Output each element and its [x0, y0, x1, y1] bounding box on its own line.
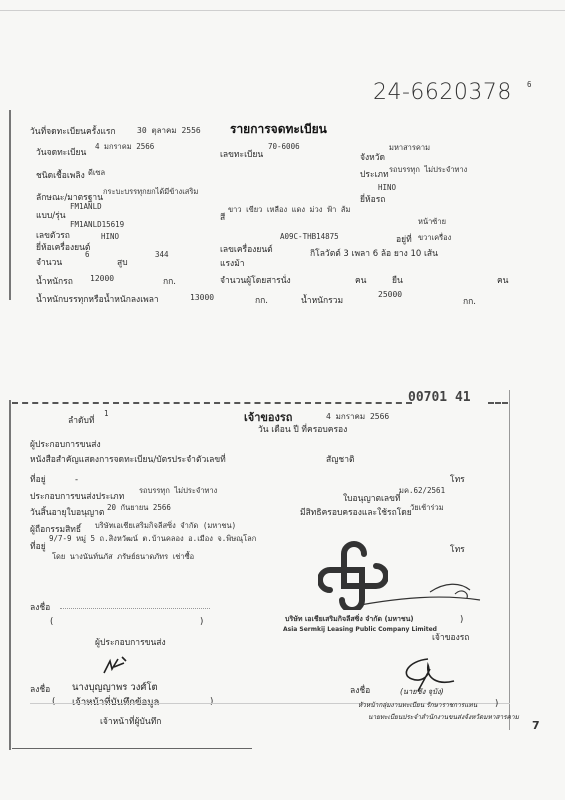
brand-label: ยี่ห้อรถ: [360, 192, 385, 206]
license-expiry: 20 กันยายน 2566: [107, 502, 171, 514]
serial-stamp: 00701 41: [408, 390, 471, 405]
seats-label: จำนวนผู้โดยสารนั่ง: [220, 273, 291, 287]
load-label: น้ำหนักบรรทุกหรือน้ำหนักลงเพลา: [36, 292, 159, 306]
registrar-close-paren: ): [495, 699, 498, 709]
document-number-label: หนังสือสำคัญแสดงการจดทะเบียน/บัตรประจำตั…: [30, 452, 226, 466]
owner-close-paren: ): [460, 615, 463, 625]
first-registration-label: วันที่จดทะเบียนครั้งแรก: [30, 124, 116, 138]
engine-number-label: เลขเครื่องยนต์: [220, 242, 273, 256]
holder-phone-label: โทร: [450, 542, 465, 556]
engine-number: A09C-THB14875: [280, 232, 339, 241]
registrar-name: (นายชัง จุบัง): [400, 686, 444, 698]
registration-date-label: วันจดทะเบียน: [36, 145, 86, 159]
cylinder-label: สูบ: [117, 255, 128, 269]
page-mark-top: 6: [527, 80, 532, 89]
nationality-label: สัญชาติ: [326, 452, 355, 466]
title-holder: บริษัทเอเชียเสริมกิจลีสซิ่ง จำกัด (มหาชน…: [95, 520, 236, 532]
owner-signature: [360, 580, 510, 610]
body-standard: กระบะบรรทุกยกได้มีข้างเสริม: [103, 186, 198, 198]
weight-unit: กก.: [163, 274, 176, 288]
document-bottom-border: [12, 748, 252, 749]
company-name-thai: บริษัท เอเชียเสริมกิจลีสซิ่ง จำกัด (มหาช…: [285, 614, 414, 625]
registrar-caption: นายทะเบียนประจำสำนักงานขนส่งจังหวัดมหาสา…: [368, 712, 519, 722]
order-number: 1: [104, 409, 109, 418]
color-label: สี: [220, 210, 225, 224]
gross-weight-label: น้ำหนักรวม: [301, 293, 343, 307]
owner-section-top-border: [12, 402, 412, 404]
kw-axle-text: กิโลวัตต์ 3 เพลา 6 ล้อ ยาง 10 เส้น: [310, 246, 438, 260]
recorder-caption: เจ้าหน้าที่ผู้บันทึก: [100, 714, 161, 728]
color: ขาว เขียว เหลือง แดง ม่วง ฟ้า ส้ม: [228, 204, 350, 216]
type-label: ประเภท: [360, 167, 389, 181]
province-label: จังหวัด: [360, 150, 385, 164]
transport-type: รถบรรทุก ไม่ประจำทาง: [139, 485, 217, 497]
recorder-sign-label: ลงชื่อ: [30, 682, 50, 696]
operator-sign-label: ลงชื่อ: [30, 600, 50, 614]
possessor: วัยเช้าร่วม: [410, 502, 444, 514]
license-number-label: ใบอนุญาตเลขที่: [343, 491, 401, 505]
fuel: ดีเซล: [88, 167, 105, 179]
handwritten-reference-number: 24-6620378: [373, 80, 512, 105]
engine-brand: HINO: [101, 232, 119, 241]
owner-section-top-border-right: [488, 402, 508, 404]
owner-caption: เจ้าของรถ: [432, 630, 469, 644]
registration-date: 4 มกราคม 2566: [95, 141, 154, 153]
recorder-signature: [100, 655, 130, 677]
gross-unit: กก.: [463, 294, 476, 308]
recorder-open-paren: (: [52, 697, 55, 707]
vehicle-weight: 12000: [90, 274, 114, 283]
province: มหาสารคาม: [389, 142, 430, 154]
address-label: ที่อยู่: [30, 472, 46, 486]
brand: HINO: [378, 183, 396, 192]
registrar-sign-label: ลงชื่อ: [350, 683, 370, 697]
cc-value: 344: [155, 250, 169, 259]
operator-label: ผู้ประกอบการขนส่ง: [30, 437, 101, 451]
chassis-location-label: อยู่ที่: [396, 232, 412, 246]
hp-label: แรงม้า: [220, 256, 245, 270]
seats-unit: คน: [355, 273, 367, 287]
license-expiry-label: วันสิ้นอายุใบอนุญาต: [30, 505, 104, 519]
model: FM1ANLD: [70, 202, 102, 211]
engine-brand-label: ยี่ห้อเครื่องยนต์: [36, 240, 90, 254]
gross-weight: 25000: [378, 290, 402, 299]
recorder-close-paren: ): [210, 697, 213, 707]
page-number: 7: [532, 719, 540, 732]
license-number: มค.62/2561: [399, 485, 445, 497]
operator-name-close-paren: ): [200, 617, 203, 627]
cylinder-count: 6: [85, 250, 90, 259]
load-weight: 13000: [190, 293, 214, 302]
operator-caption: ผู้ประกอบการขนส่ง: [95, 635, 166, 649]
model-label: แบบ/รุ่น: [36, 208, 66, 222]
stand-label: ยืน: [392, 273, 403, 287]
count-label: จำนวน: [36, 255, 62, 269]
transport-type-label: ประกอบการขนส่งประเภท: [30, 489, 124, 503]
document-left-border-bottom: [9, 400, 11, 750]
plate-number: 70-6006: [268, 142, 300, 151]
possessor-label: มีสิทธิครอบครองและใช้รถโดย: [300, 505, 412, 519]
possession-date-label: วัน เดือน ปี ที่ครอบครอง: [258, 422, 347, 436]
document-left-border-top: [9, 110, 11, 300]
holder-address-label: ที่อยู่: [30, 539, 46, 553]
phone-label: โทร: [450, 472, 465, 486]
chassis-location: หน้าซ้าย: [418, 216, 446, 228]
document-title: รายการจดทะเบียน: [230, 120, 327, 139]
document-right-border: [509, 390, 510, 730]
weight-label: น้ำหนักรถ: [36, 274, 73, 288]
holder-address: 9/7-9 หมู่ 5 ถ.สิงหวัฒน์ ต.บ้านคลอง อ.เม…: [49, 533, 256, 545]
registrar-position: หัวหน้ากลุ่มงานทะเบียน รักษาราชการแทน: [358, 700, 477, 710]
order-label: ลำดับที่: [68, 413, 95, 427]
operator-sign-line: [60, 608, 210, 610]
chassis-number: FM1ANLD15619: [70, 220, 124, 229]
scan-top-edge: [0, 10, 565, 11]
recorder-name: นางบุญญาพร วงศ์โต: [72, 680, 158, 695]
plate-label: เลขทะเบียน: [220, 147, 263, 161]
company-name-english: Asia Sermkij Leasing Public Company Limi…: [283, 626, 437, 633]
vehicle-type: รถบรรทุก ไม่ประจำทาง: [389, 164, 467, 176]
address-value: -: [75, 475, 78, 485]
first-registration-date: 30 ตุลาคม 2556: [137, 124, 201, 137]
load-unit: กก.: [255, 293, 268, 307]
lessee: โดย นางนันท์นภัส ภรัษย์ธนาดภัทร เช่าซื้อ: [52, 551, 194, 563]
fuel-label: ชนิดเชื้อเพลิง: [36, 168, 85, 182]
engine-location: ขวาเครื่อง: [418, 232, 451, 244]
operator-name-open-paren: (: [50, 617, 53, 627]
stand-unit: คน: [497, 273, 509, 287]
